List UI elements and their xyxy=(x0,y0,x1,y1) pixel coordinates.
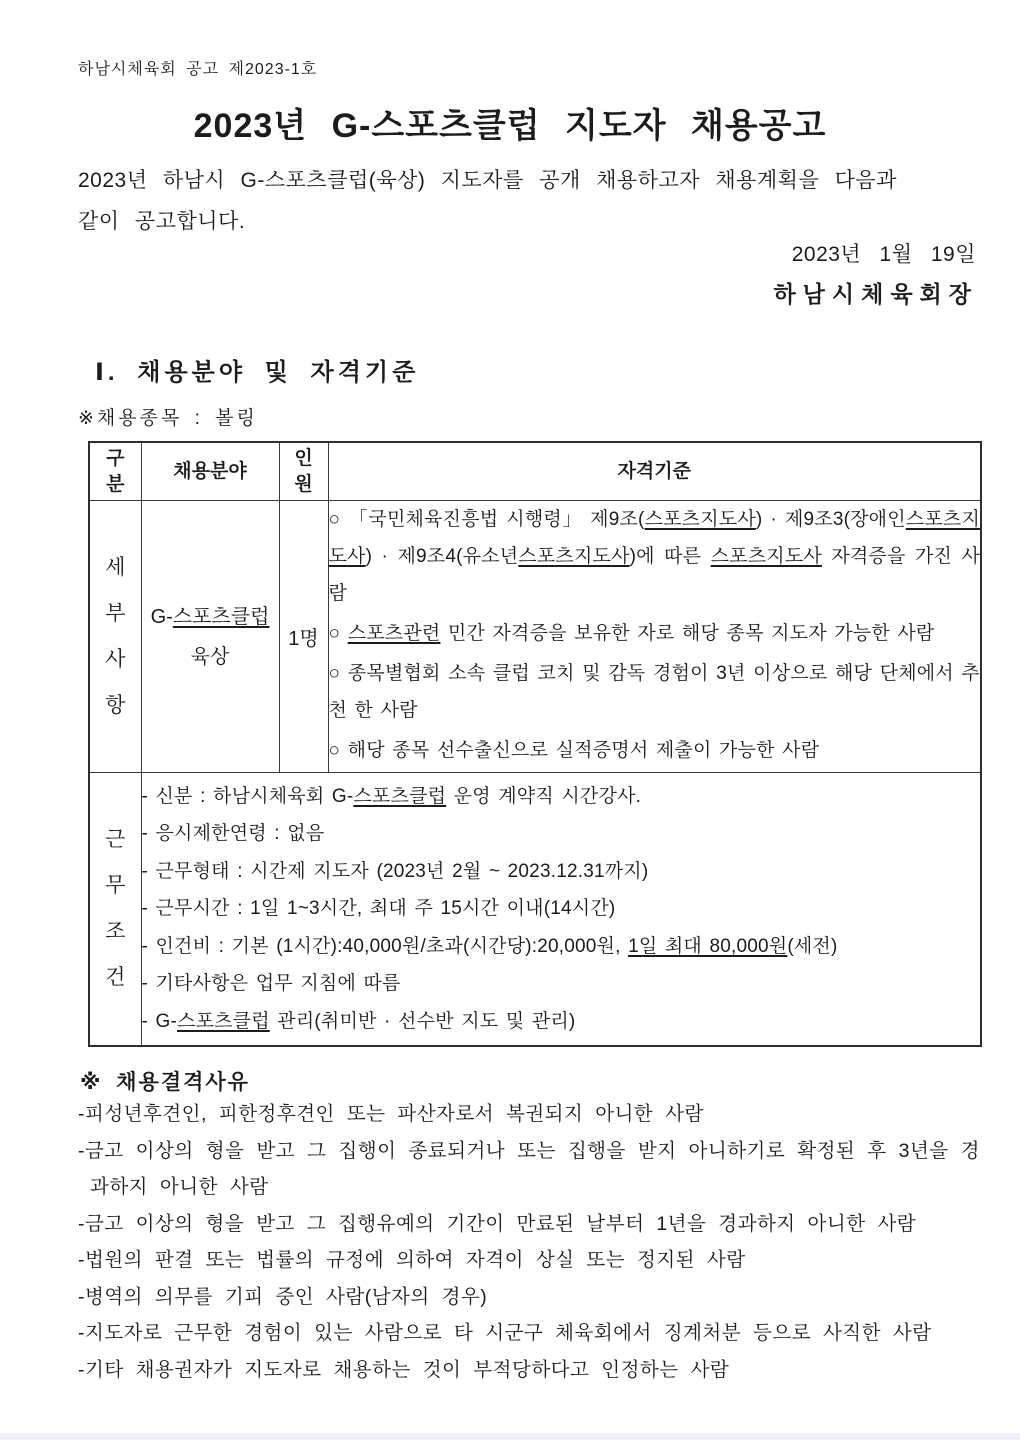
qualification-bullet: ○ 스포츠관련 민간 자격증을 보유한 자로 해당 종목 지도자 가능한 사람 xyxy=(329,615,981,652)
table-header-row: 구 분 채용분야 인 원 자격기준 xyxy=(89,442,981,501)
disqualification-item: -병역의 의무를 기피 중인 사람(남자의 경우) xyxy=(78,1279,980,1316)
detail-row: 세 부 사 항 G-스포츠클럽 육상 1명 ○ 「국민체육진흥법 시행령」 제9… xyxy=(89,501,981,773)
document-title: 2023년 G-스포츠클럽 지도자 채용공고 xyxy=(0,98,1020,147)
header-qualification: 자격기준 xyxy=(328,442,981,501)
section-heading: Ⅰ. 채용분야 및 자격기준 xyxy=(95,352,419,387)
qualification-bullet: ○ 해당 종목 선수출신으로 실적증명서 제출이 가능한 사람 xyxy=(329,732,981,769)
disqualification-item: -금고 이상의 형을 받고 그 집행유예의 기간이 만료된 날부터 1년을 경과… xyxy=(78,1206,980,1243)
disqualification-item: -기타 채용권자가 지도자로 채용하는 것이 부적당하다고 인정하는 사람 xyxy=(78,1352,980,1389)
detail-rowhead: 세 부 사 항 xyxy=(89,501,141,773)
qualification-bullet: ○ 종목별협회 소속 클럽 코치 및 감독 경험이 3년 이상으로 해당 단체에… xyxy=(329,655,981,729)
detail-field-line2: 육상 xyxy=(142,637,279,677)
disqualification-item: -피성년후견인, 피한정후견인 또는 파산자로서 복권되지 아니한 사람 xyxy=(78,1096,980,1133)
disqualification-item: -법원의 판결 또는 법률의 규정에 의하여 자격이 상실 또는 정지된 사람 xyxy=(78,1242,980,1279)
work-line: - 근무형태 : 시간제 지도자 (2023년 2월 ~ 2023.12.31까… xyxy=(142,853,981,891)
disqualification-item: -지도자로 근무한 경험이 있는 사람으로 타 시군구 체육회에서 징계처분 등… xyxy=(78,1315,980,1352)
disqualification-heading: ※ 채용결격사유 xyxy=(80,1066,250,1096)
intro-line-1: 2023년 하남시 G-스포츠클럽(육상) 지도자를 공개 채용하고자 채용계획… xyxy=(78,160,988,201)
recruitment-table: 구 분 채용분야 인 원 자격기준 세 부 사 항 G-스포츠클럽 육상 1명 … xyxy=(88,441,982,1047)
work-condition-cell: - 신분 : 하남시체육회 G-스포츠클럽 운영 계약직 시간강사. - 응시제… xyxy=(141,773,981,1047)
intro-line-2: 같이 공고합니다. xyxy=(78,201,988,242)
detail-field-cell: G-스포츠클럽 육상 xyxy=(141,501,279,773)
detail-count-cell: 1명 xyxy=(279,501,328,773)
document-number: 하남시체육회 공고 제2023-1호 xyxy=(78,56,317,79)
disqualification-list: -피성년후견인, 피한정후견인 또는 파산자로서 복권되지 아니한 사람 -금고… xyxy=(78,1096,980,1388)
work-line: - 신분 : 하남시체육회 G-스포츠클럽 운영 계약직 시간강사. xyxy=(142,778,981,816)
announcement-date: 2023년 1월 19일 xyxy=(792,238,976,268)
recruit-sport-note: ※채용종목 : 볼링 xyxy=(78,403,258,430)
work-condition-row: 근 무 조 건 - 신분 : 하남시체육회 G-스포츠클럽 운영 계약직 시간강… xyxy=(89,773,981,1047)
work-line: - 근무시간 : 1일 1~3시간, 최대 주 15시간 이내(14시간) xyxy=(142,890,981,928)
work-line: - 인건비 : 기본 (1시간):40,000원/초과(시간당):20,000원… xyxy=(142,928,981,966)
work-line: - 응시제한연령 : 없음 xyxy=(142,815,981,853)
work-rowhead: 근 무 조 건 xyxy=(89,773,141,1047)
work-line: - 기타사항은 업무 지침에 따름 xyxy=(142,965,981,1003)
page-bottom-strip xyxy=(0,1433,1020,1440)
disqualification-item: -금고 이상의 형을 받고 그 집행이 종료되거나 또는 집행을 받지 아니하기… xyxy=(78,1133,980,1206)
header-gubun: 구 분 xyxy=(89,442,141,501)
document-page: 하남시체육회 공고 제2023-1호 2023년 G-스포츠클럽 지도자 채용공… xyxy=(0,0,1020,1440)
header-field: 채용분야 xyxy=(141,442,279,501)
intro-paragraph: 2023년 하남시 G-스포츠클럽(육상) 지도자를 공개 채용하고자 채용계획… xyxy=(78,160,988,242)
signer-name: 하남시체육회장 xyxy=(773,276,978,309)
qualification-cell: ○ 「국민체육진흥법 시행령」 제9조(스포츠지도사) · 제9조3(장애인스포… xyxy=(328,501,981,773)
header-count: 인 원 xyxy=(279,442,328,501)
qualification-bullet: ○ 「국민체육진흥법 시행령」 제9조(스포츠지도사) · 제9조3(장애인스포… xyxy=(329,501,981,612)
work-line: - G-스포츠클럽 관리(취미반 · 선수반 지도 및 관리) xyxy=(142,1003,981,1041)
detail-field-line1: G-스포츠클럽 xyxy=(142,597,279,637)
